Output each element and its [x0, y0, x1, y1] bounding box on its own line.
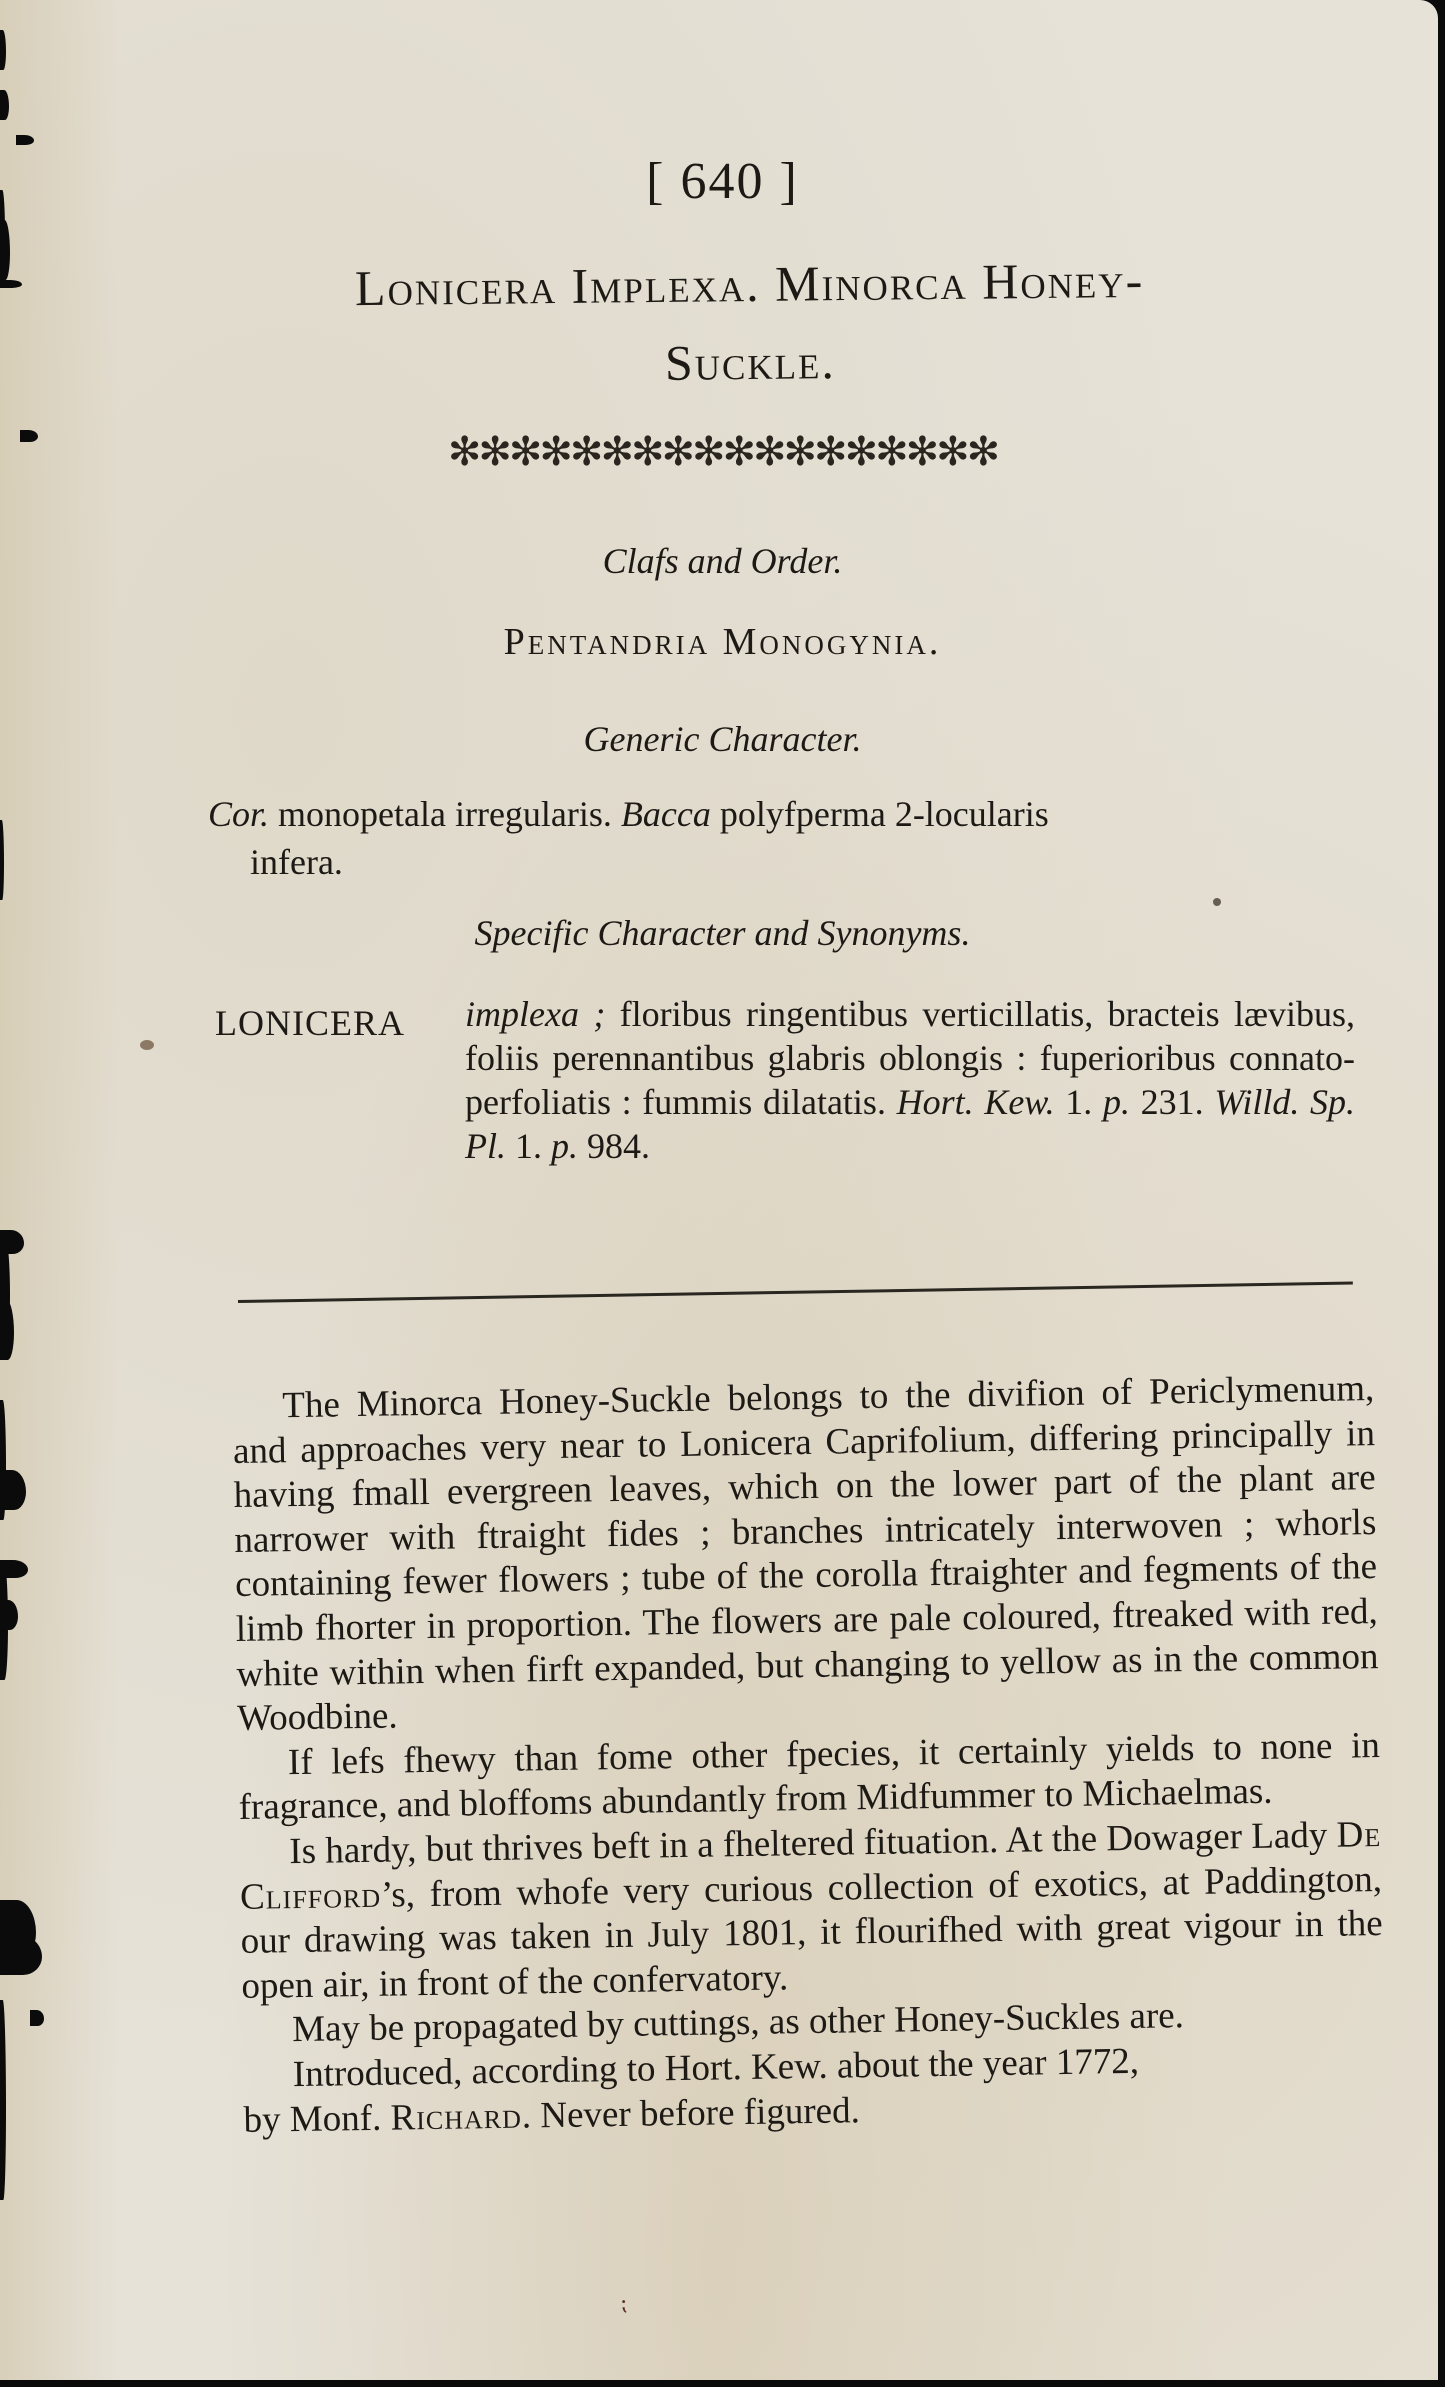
title-line-2: Suckle.: [200, 317, 1301, 407]
class-order-value: Pentandria Monogynia.: [0, 620, 1445, 664]
reference-page: 984.: [578, 1126, 650, 1166]
text-span: by Monf.: [243, 2097, 391, 2140]
generic-line-2: infera.: [208, 838, 1338, 886]
bacca-text: polyfperma 2-locularis: [711, 794, 1049, 834]
torn-left-edge: [0, 0, 30, 2387]
cor-text: monopetala irregularis.: [269, 794, 621, 834]
text-span: ’s, from whofe very curious collection o…: [240, 1859, 1383, 2007]
reference-volume: 1.: [506, 1126, 551, 1166]
class-order-heading: Clafs and Order.: [0, 540, 1445, 582]
species-epithet: implexa ;: [465, 994, 605, 1034]
reference-volume: 1.: [1055, 1082, 1103, 1122]
paragraph-cultivation: Is hardy, but thrives beft in a fheltere…: [239, 1813, 1384, 2009]
person-name: Richard: [390, 2095, 522, 2138]
body-text: The Minorca Honey-Suckle belongs to the …: [232, 1367, 1386, 2143]
ornament-divider: ✻✻✻✻✻✻✻✻✻✻✻✻✻✻✻✻✻✻: [0, 428, 1445, 475]
genus-name: LONICERA: [215, 1002, 405, 1044]
ink-dot: [1213, 898, 1221, 906]
reference-page-label: p.: [1103, 1082, 1130, 1122]
ink-blot: [140, 1040, 154, 1050]
reference-page: 231.: [1130, 1082, 1214, 1122]
title-line-1: Lonicera Implexa. Minorca Honey-: [199, 239, 1300, 329]
print-mark: ⁏: [620, 2290, 627, 2316]
generic-character-text: Cor. monopetala irregularis. Bacca polyf…: [208, 790, 1338, 886]
bacca-label: Bacca: [621, 794, 711, 834]
book-page: [ 640 ] Lonicera Implexa. Minorca Honey-…: [0, 0, 1438, 2380]
generic-character-heading: Generic Character.: [0, 718, 1445, 760]
page-number: [ 640 ]: [0, 152, 1445, 211]
specific-character-heading: Specific Character and Synonyms.: [0, 912, 1445, 954]
horizontal-rule: [238, 1282, 1353, 1303]
reference-hort-kew: Hort. Kew.: [897, 1082, 1055, 1122]
paragraph-description: The Minorca Honey-Suckle belongs to the …: [232, 1367, 1379, 1742]
page-title: Lonicera Implexa. Minorca Honey- Suckle.: [199, 239, 1301, 407]
specific-character-text: implexa ; floribus ringentibus verticill…: [465, 992, 1355, 1168]
reference-page-label: p.: [551, 1126, 578, 1166]
text-span: . Never before figured.: [522, 2090, 861, 2136]
cor-label: Cor.: [208, 794, 269, 834]
